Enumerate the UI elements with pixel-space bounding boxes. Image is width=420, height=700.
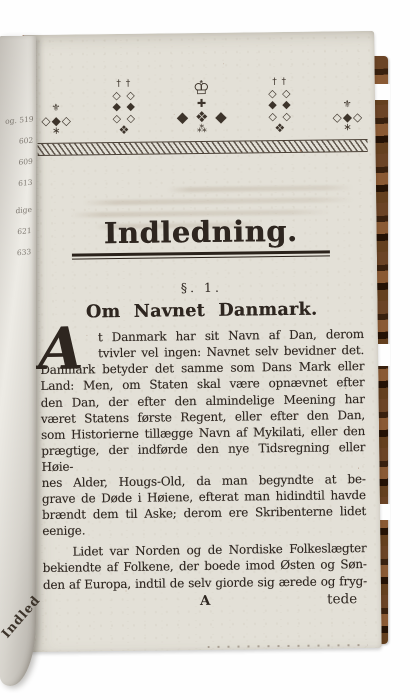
ornament-clusters: ⚜◇◆◇∗ † †◇ ◇◆ ◆◇ ◇❖ ♔✚◆ ❖ ◆⁂ † †◇ ◇◆ ◆◇ …: [37, 77, 368, 138]
drop-cap-initial: A: [38, 324, 84, 375]
headpiece-ornament: ⚜◇◆◇∗ † †◇ ◇◆ ◆◇ ◇❖ ♔✚◆ ❖ ◆⁂ † †◇ ◇◆ ◆◇ …: [37, 77, 368, 156]
chapter-heading: Indledning.: [38, 214, 362, 251]
ornament-cluster-left-inner: † †◇ ◇◆ ◆◇ ◇❖: [112, 80, 136, 137]
previous-page-edge: og. 519602609613dige621633 Indled: [0, 36, 36, 686]
paragraph-2-text: Lidet var Norden og de Nordiske Folkeslæ…: [42, 540, 367, 592]
text-line: ♔: [193, 79, 211, 98]
text-line: ❖: [119, 124, 131, 137]
text-line: den af Europa, indtil de selv giorde sig…: [43, 573, 367, 593]
photo-background: ⚜◇◆◇∗ † †◇ ◇◆ ◆◇ ◇❖ ♔✚◆ ❖ ◆⁂ † †◇ ◇◆ ◆◇ …: [0, 0, 420, 700]
text-line: 633: [2, 241, 31, 265]
heading-double-rule: [72, 251, 330, 260]
ornament-cluster-center-crown: ♔✚◆ ❖ ◆⁂: [176, 79, 228, 136]
catchword: tede: [327, 591, 357, 607]
ornament-cluster-right-outer: ⚜◇◆◇∗: [332, 100, 363, 134]
ornament-hatched-band: [38, 139, 368, 156]
paragraph-1-text: t Danmark har sit Navn af Dan, deromtviv…: [40, 326, 367, 539]
text-line: ⁂: [197, 125, 208, 136]
text-line: 609: [4, 151, 33, 175]
page-content: ⚜◇◆◇∗ † †◇ ◇◆ ◆◇ ◇❖ ♔✚◆ ❖ ◆⁂ † †◇ ◇◆ ◆◇ …: [22, 31, 382, 652]
text-line: ∗: [343, 123, 353, 134]
text-line: dige: [3, 199, 32, 223]
text-line: prægtige, der indførde den nye Tidsregni…: [41, 439, 365, 475]
paragraph-1: A t Danmark har sit Navn af Dan, deromtv…: [40, 326, 367, 539]
signature-mark: A: [43, 591, 367, 611]
section-title: Om Navnet Danmark.: [40, 299, 364, 323]
signature-row: A tede: [43, 591, 367, 613]
text-line: ∗: [52, 127, 62, 138]
prev-page-text-fragments: og. 519602609613dige621633: [2, 108, 33, 264]
section-number: §. 1.: [39, 278, 363, 297]
text-line: 621: [3, 220, 32, 244]
book-page: ⚜◇◆◇∗ † †◇ ◇◆ ◆◇ ◇❖ ♔✚◆ ❖ ◆⁂ † †◇ ◇◆ ◆◇ …: [22, 31, 382, 652]
ornament-cluster-left-outer: ⚜◇◆◇∗: [41, 104, 72, 138]
ornament-cluster-right-inner: † †◇ ◇◆ ◆◇ ◇❖: [268, 78, 292, 135]
text-line: og. 519: [5, 108, 34, 132]
text-line: 613: [4, 172, 33, 196]
text-line: 602: [4, 129, 33, 153]
text-line: ❖: [274, 122, 286, 135]
